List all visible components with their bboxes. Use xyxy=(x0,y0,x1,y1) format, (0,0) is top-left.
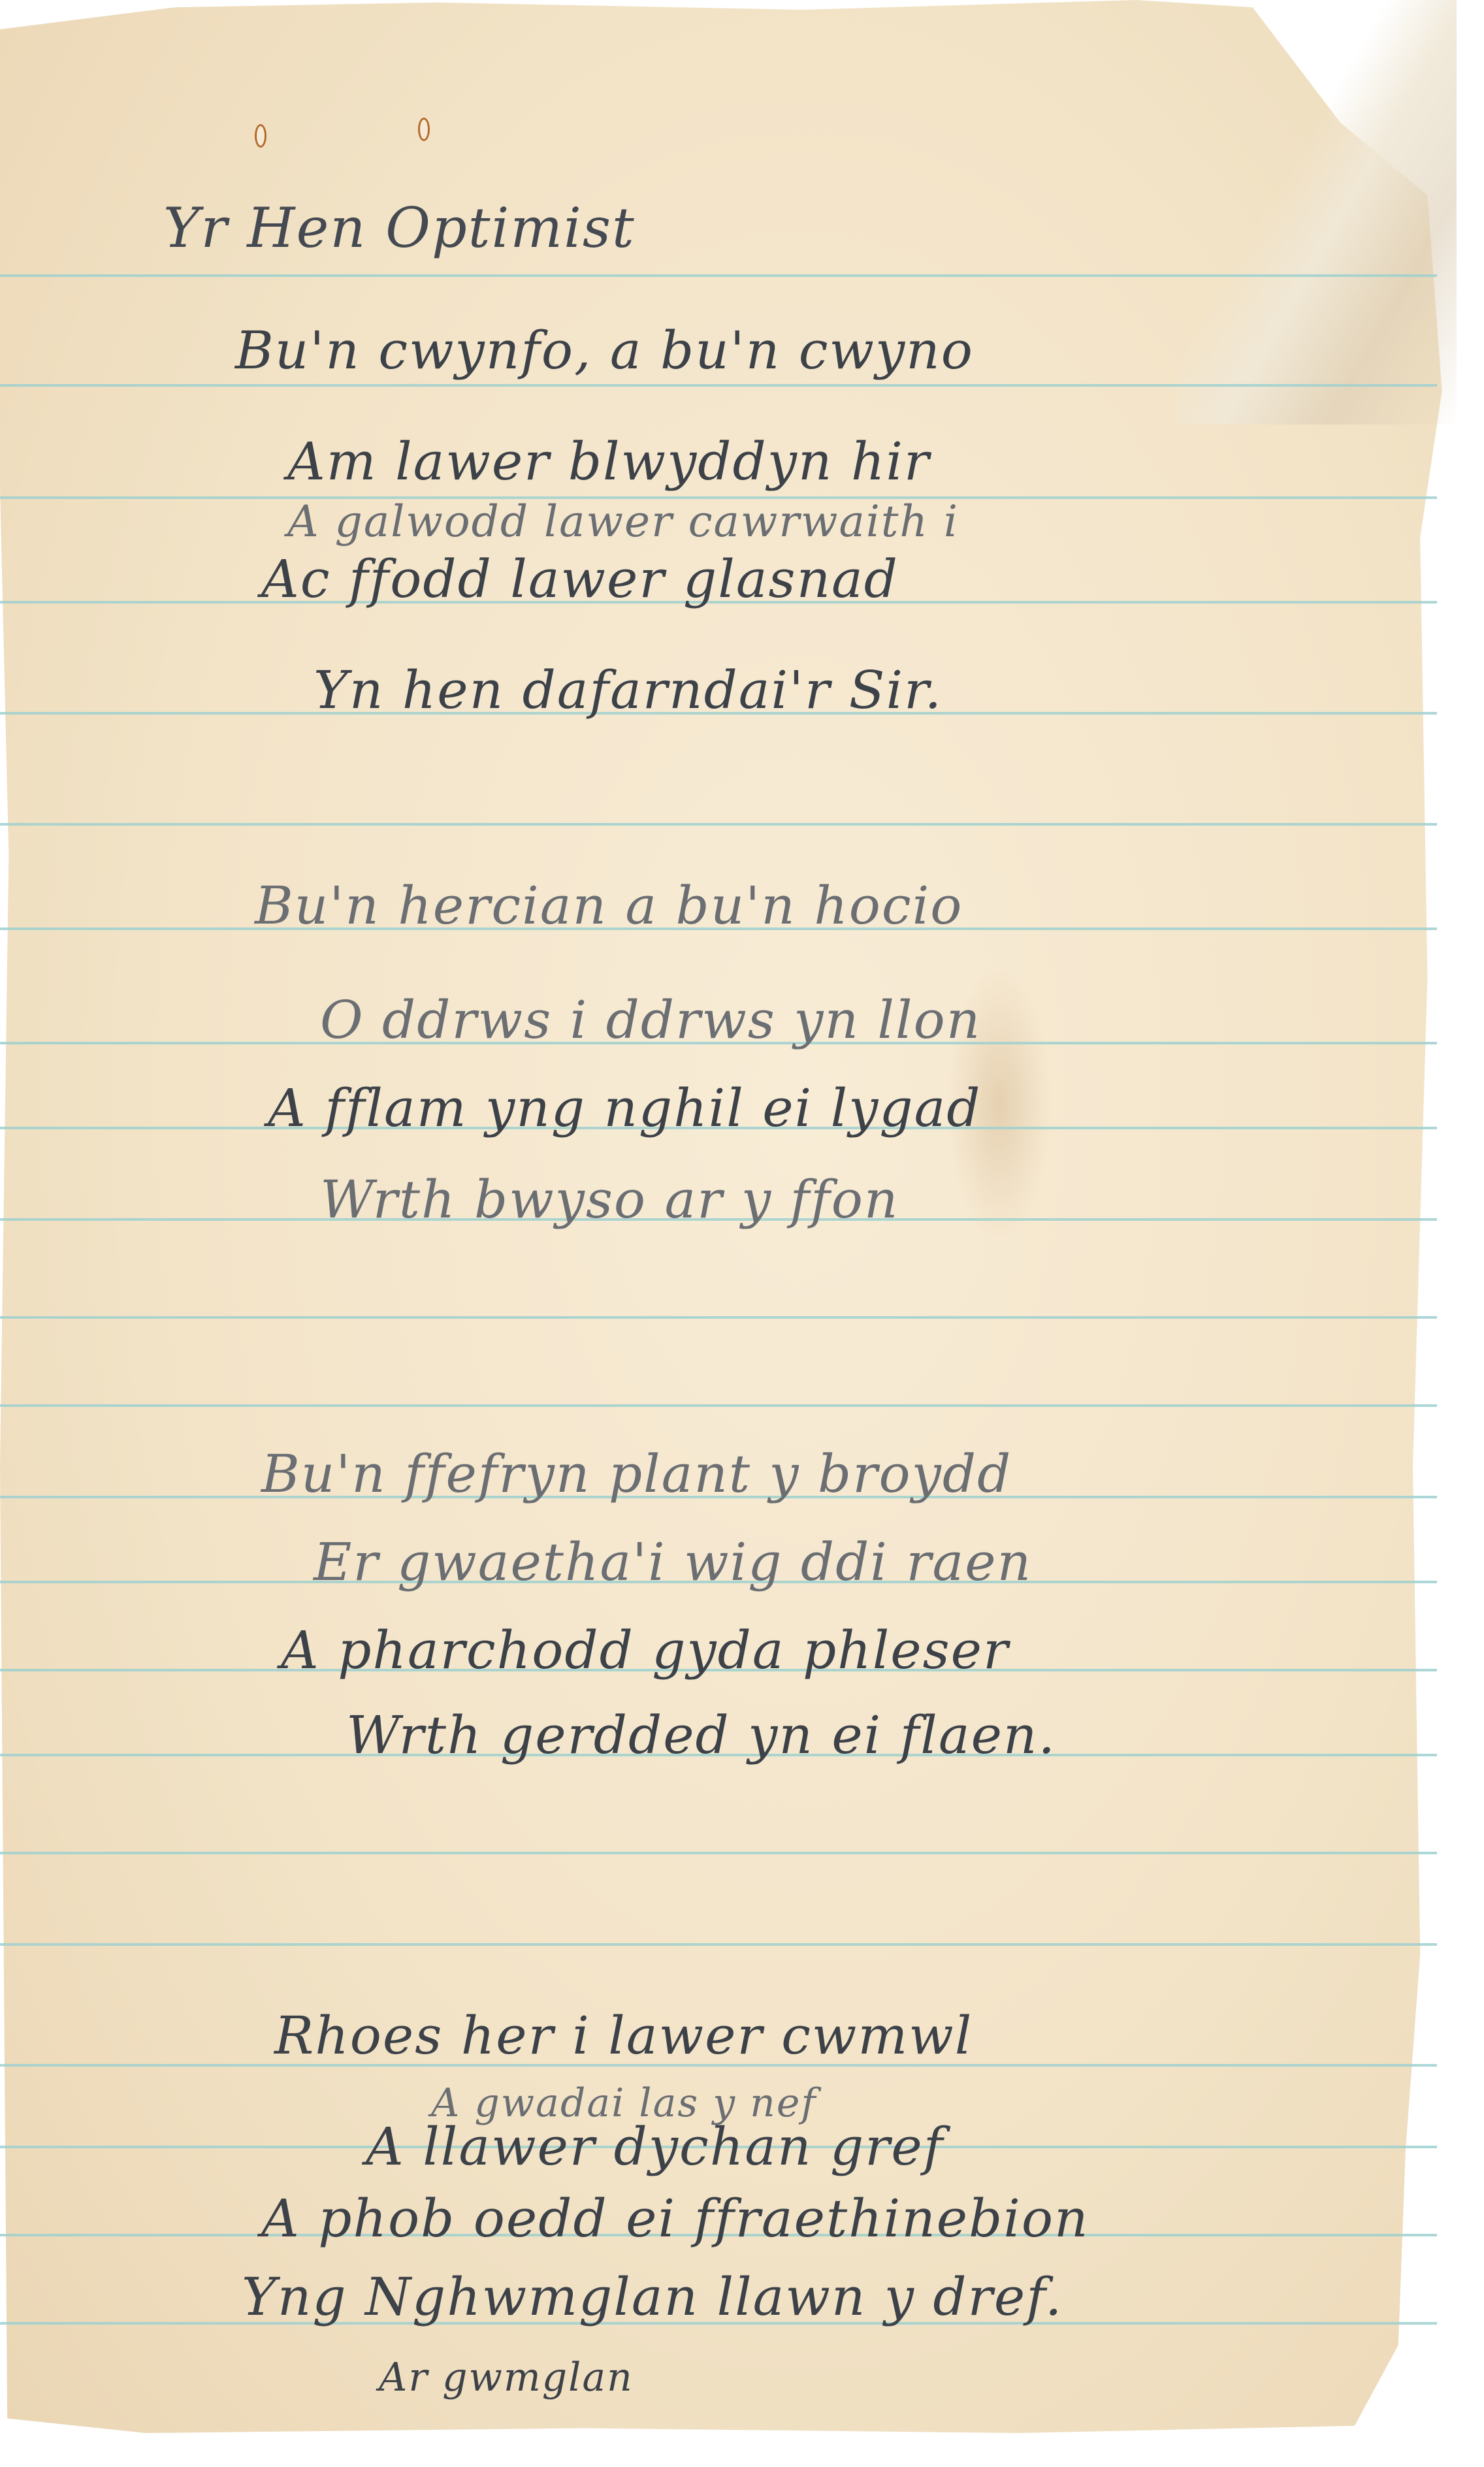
poem-line: A fflam yng nghil ei lygad xyxy=(268,1078,981,1138)
poem-line: A pharchodd gyda phleser xyxy=(281,1620,1009,1681)
poem-line: Yn hen dafarndai'r Sir. xyxy=(314,660,943,720)
poem-line: A phob oedd ei ffraethinebion xyxy=(261,2188,1089,2249)
binding-hole xyxy=(255,124,266,148)
poem-line: Am lawer blwyddyn hir xyxy=(287,431,930,492)
binding-hole xyxy=(418,118,430,141)
poem-line: Bu'n ffefryn plant y broydd xyxy=(261,1443,1012,1504)
poem-line-insertion: A galwodd lawer cawrwaith i xyxy=(287,496,959,547)
poem-line: Wrth gerdded yn ei flaen. xyxy=(346,1705,1056,1766)
poem-line: Rhoes her i lawer cwmwl xyxy=(274,2005,973,2066)
poem-line: A llawer dychan gref xyxy=(366,2116,944,2177)
poem-line: Er gwaetha'i wig ddi raen xyxy=(314,1532,1032,1592)
poem-line: O ddrws i ddrws yn llon xyxy=(320,990,981,1050)
poem-line: Ac ffodd lawer glasnad xyxy=(261,549,899,609)
poem-line: Yng Nghwmglan llawn y dref. xyxy=(242,2266,1063,2327)
poem-line: Wrth bwyso ar y ffon xyxy=(320,1169,899,1230)
poem-line: Bu'n cwynfo, a bu'n cwyno xyxy=(235,320,974,381)
poem-title: Yr Hen Optimist xyxy=(163,196,636,260)
poem-line-correction: Ar gwmglan xyxy=(379,2355,634,2400)
poem-line: Bu'n hercian a bu'n hocio xyxy=(255,875,963,936)
folded-corner xyxy=(1176,0,1457,425)
